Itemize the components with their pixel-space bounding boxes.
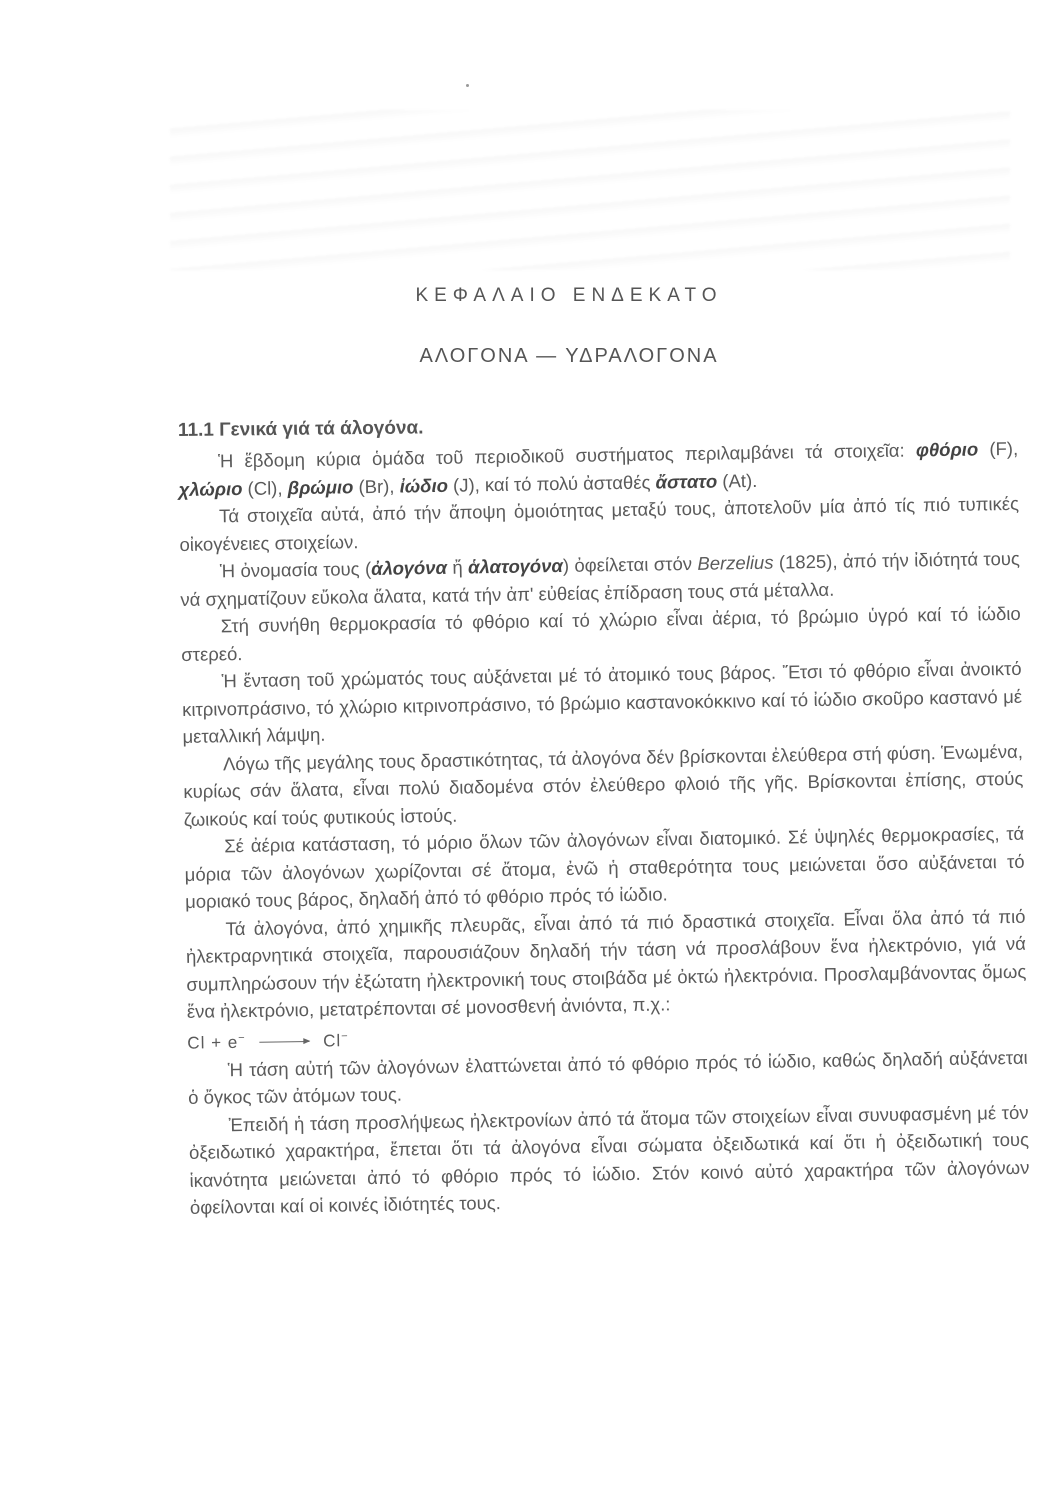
paragraph-7: Σέ ἀέρια κατάσταση, τό μόριο ὅλων τῶν ἀλ… bbox=[184, 820, 1025, 916]
body-text: Ἡ ἕβδομη κύρια ὁμάδα τοῦ περιοδικοῦ συστ… bbox=[178, 435, 1030, 1222]
name-berzelius: Berzelius bbox=[697, 552, 773, 574]
term-bromine: βρώμιο bbox=[287, 476, 353, 498]
term-chlorine: χλώριο bbox=[178, 477, 242, 499]
paragraph-8: Τά ἀλογόνα, ἀπό χημικῆς πλευρᾶς, εἶναι ἀ… bbox=[185, 902, 1027, 1025]
eq-electron-charge: − bbox=[238, 1032, 246, 1044]
text: ) ὀφείλεται στόν bbox=[563, 553, 698, 576]
text: (At). bbox=[717, 469, 757, 491]
text: Ἡ ὀνομασία τους ( bbox=[220, 558, 372, 581]
speck bbox=[466, 84, 469, 87]
eq-electron: e bbox=[228, 1032, 239, 1051]
bleed-through-artifact bbox=[170, 110, 1010, 270]
paragraph-5: Ἡ ἔνταση τοῦ χρώματός τους αὐξάνεται μέ … bbox=[181, 655, 1022, 751]
term-fluorine: φθόριο bbox=[916, 438, 979, 460]
text: (J), καί τό πολύ ἀσταθές bbox=[448, 471, 656, 495]
term-halogens: ἀλογόνα bbox=[371, 557, 447, 579]
chapter-title: ΑΛΟΓΟΝΑ — ΥΔΡΑΛΟΓΟΝΑ bbox=[0, 345, 1058, 368]
paragraph-6: Λόγω τῆς μεγάλης τους δραστικότητας, τά … bbox=[183, 737, 1024, 833]
term-salt-formers: ἁλατογόνα bbox=[468, 555, 563, 577]
term-iodine: ἰώδιο bbox=[399, 474, 448, 496]
text: Ἡ ἕβδομη κύρια ὁμάδα τοῦ περιοδικοῦ συστ… bbox=[218, 439, 916, 471]
text: (Br), bbox=[353, 475, 400, 497]
eq-plus: + bbox=[211, 1033, 222, 1052]
term-astatine: ἄστατο bbox=[655, 470, 717, 492]
section-heading: 11.1 Γενικά γιά τά άλογόνα. bbox=[178, 417, 424, 442]
eq-chlorine-atom: Cl bbox=[187, 1033, 205, 1052]
reaction-arrow-icon bbox=[259, 1041, 309, 1043]
text: (F), bbox=[978, 438, 1018, 460]
text: (Cl), bbox=[242, 477, 288, 499]
eq-chloride-ion: Cl bbox=[323, 1031, 341, 1050]
paragraph-10: Ἐπειδή ἡ τάση προσλήψεως ἠλεκτρονίων ἀπό… bbox=[188, 1098, 1030, 1221]
text: ἤ bbox=[447, 556, 468, 577]
chapter-heading: ΚΕΦΑΛΑΙΟ ΕΝΔΕΚΑΤΟ bbox=[0, 285, 1058, 307]
eq-ion-charge: − bbox=[341, 1030, 349, 1042]
